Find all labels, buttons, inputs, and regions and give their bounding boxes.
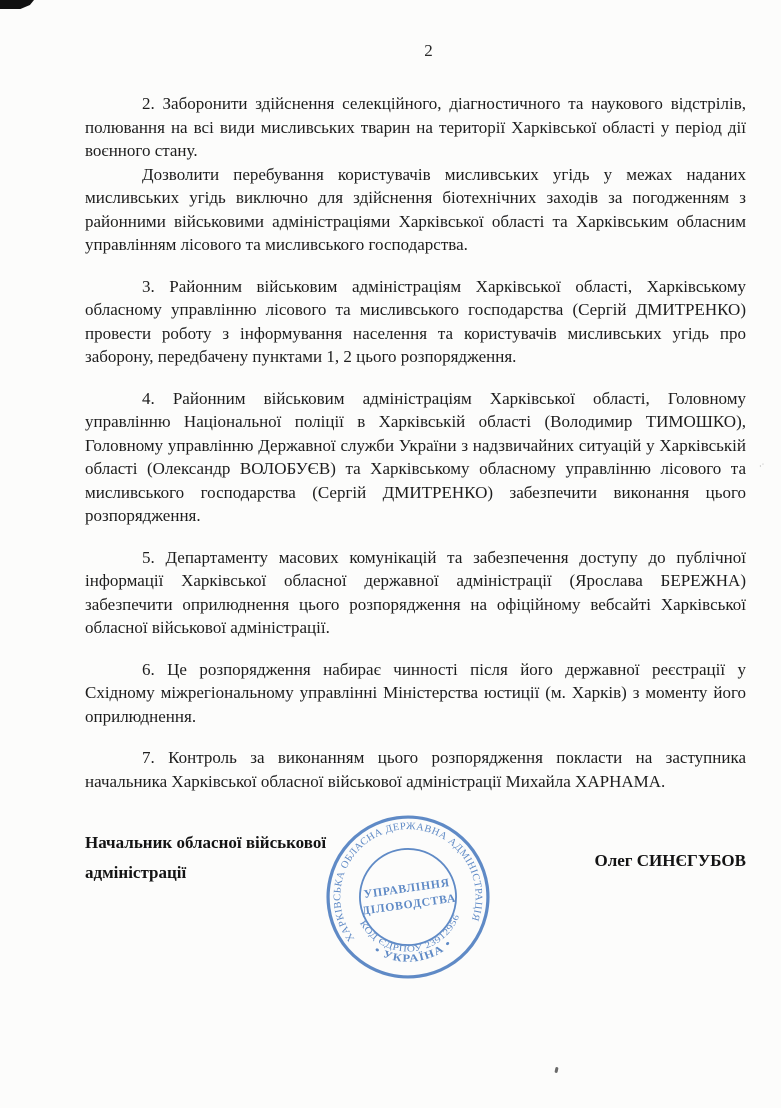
paragraph-6: 6. Це розпорядження набирає чинності піс… xyxy=(85,658,746,729)
paragraph-2: 2. Заборонити здійснення селекційного, д… xyxy=(85,92,746,163)
paragraph-5: 5. Департаменту масових комунікацій та з… xyxy=(85,546,746,640)
stamp-ring-text: ХАРКІВСЬКА ОБЛАСНА ДЕРЖАВНА АДМІНІСТРАЦІ… xyxy=(322,811,488,945)
paragraph-3: 3. Районним військовим адміністраціям Ха… xyxy=(85,275,746,369)
scanned-document-page: 2 2. Заборонити здійснення селекційного,… xyxy=(0,0,781,1108)
svg-text:ХАРКІВСЬКА ОБЛАСНА ДЕРЖАВНА АД: ХАРКІВСЬКА ОБЛАСНА ДЕРЖАВНА АДМІНІСТРАЦІ… xyxy=(322,811,488,945)
page-number: 2 xyxy=(0,41,781,61)
paragraph-7: 7. Контроль за виконанням цього розпоряд… xyxy=(85,746,746,793)
scan-artifact-dots: ·˙ xyxy=(759,465,767,469)
paragraph-4: 4. Районним військовим адміністраціям Ха… xyxy=(85,387,746,528)
scan-artifact-corner xyxy=(0,0,34,9)
signatory-name: Олег СИНЄГУБОВ xyxy=(594,851,746,888)
document-body: 2. Заборонити здійснення селекційного, д… xyxy=(85,92,746,793)
signatory-title-line2: адміністрації xyxy=(85,858,326,888)
scan-artifact-speck xyxy=(554,1067,558,1073)
signatory-title-line1: Начальник обласної військової xyxy=(85,828,326,858)
paragraph-2-continuation: Дозволити перебування користувачів мисли… xyxy=(85,163,746,257)
official-round-stamp: ХАРКІВСЬКА ОБЛАСНА ДЕРЖАВНА АДМІНІСТРАЦІ… xyxy=(311,800,505,994)
signatory-title: Начальник обласної військової адміністра… xyxy=(85,828,326,888)
